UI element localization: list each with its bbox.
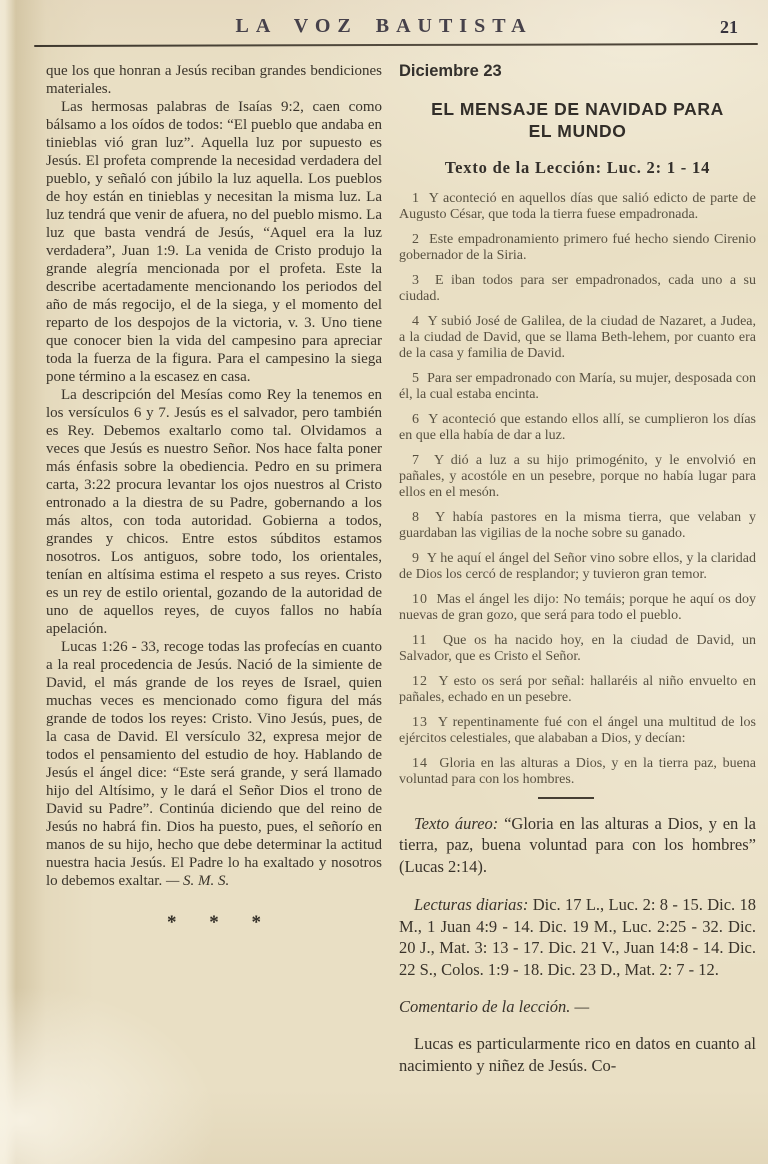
verse: 2 Este empadronamiento primero fué hecho… <box>399 232 756 264</box>
verse-number: 10 <box>412 592 428 607</box>
paragraph: que los que honran a Jesús reciban grand… <box>46 62 382 98</box>
verse: 11 Que os ha nacido hoy, en la ciudad de… <box>399 633 756 665</box>
comentario-text: Lucas es particularmente rico en datos e… <box>399 1033 756 1076</box>
verse: 4 Y subió José de Galilea, de la ciudad … <box>399 314 756 362</box>
verse-number: 6 <box>412 412 420 427</box>
section-divider <box>538 797 594 799</box>
asterisk-ornament: * * * <box>46 914 382 932</box>
verse-text: Y aconteció que estando ellos allí, se c… <box>399 412 756 443</box>
verse-text: Y dió a luz a su hijo primogénito, y le … <box>399 453 756 500</box>
page-header: LA VOZ BAUTISTA 21 <box>0 0 768 46</box>
paragraph-text: Lucas 1:26 - 33, recoge todas las profec… <box>46 639 382 889</box>
paragraph: La descripción del Mesías como Rey la te… <box>46 386 382 638</box>
verse: 3 E iban todos para ser empadronados, ca… <box>399 273 756 305</box>
texto-aureo: Texto áureo: “Gloria en las alturas a Di… <box>399 813 756 878</box>
verse-number: 9 <box>412 551 420 566</box>
verse-number: 13 <box>412 715 428 730</box>
page-number: 21 <box>720 17 738 38</box>
date-heading: Diciembre 23 <box>399 62 756 81</box>
lesson-title-line2: EL MUNDO <box>529 121 627 141</box>
lesson-title-line1: EL MENSAJE DE NAVIDAD PARA <box>431 99 724 119</box>
scripture-verses: 1 Y aconteció en aquellos días que salió… <box>399 191 756 788</box>
verse-number: 1 <box>412 191 420 206</box>
verse: 8 Y había pastores en la misma tierra, q… <box>399 510 756 542</box>
verse-number: 14 <box>412 756 428 771</box>
verse: 5 Para ser empadronado con María, su muj… <box>399 371 756 403</box>
scanned-page: LA VOZ BAUTISTA 21 que los que honran a … <box>0 0 768 1164</box>
verse-text: Y he aquí el ángel del Señor vino sobre … <box>399 551 756 582</box>
comentario-body: Lucas es particularmente rico en datos e… <box>399 1033 756 1076</box>
verse-number: 4 <box>412 314 420 329</box>
verse-number: 3 <box>412 273 420 288</box>
verse: 9 Y he aquí el ángel del Señor vino sobr… <box>399 551 756 583</box>
verse-number: 8 <box>412 510 420 525</box>
verse-text: Gloria en las alturas a Dios, y en la ti… <box>399 756 756 787</box>
verse: 12 Y esto os será por señal: hallaréis a… <box>399 674 756 706</box>
texto-aureo-label: Texto áureo: <box>414 814 498 833</box>
verse: 14 Gloria en las alturas a Dios, y en la… <box>399 756 756 788</box>
right-column: Diciembre 23 EL MENSAJE DE NAVIDAD PARAE… <box>399 62 756 1076</box>
paragraph: Lucas 1:26 - 33, recoge todas las profec… <box>46 638 382 890</box>
verse: 1 Y aconteció en aquellos días que salió… <box>399 191 756 223</box>
lesson-title: EL MENSAJE DE NAVIDAD PARAEL MUNDO <box>399 98 756 143</box>
verse-text: Y aconteció en aquellos días que salió e… <box>399 191 756 222</box>
verse: 10 Mas el ángel les dijo: No temáis; por… <box>399 592 756 624</box>
verse-text: Este empadronamiento primero fué hecho s… <box>399 232 756 263</box>
verse-number: 12 <box>412 674 428 689</box>
two-column-layout: que los que honran a Jesús reciban grand… <box>0 46 768 1076</box>
publication-title: LA VOZ BAUTISTA <box>0 15 768 38</box>
verse-text: Y subió José de Galilea, de la ciudad de… <box>399 314 756 361</box>
verse: 6 Y aconteció que estando ellos allí, se… <box>399 412 756 444</box>
verse-number: 2 <box>412 232 420 247</box>
verse-text: Que os ha nacido hoy, en la ciudad de Da… <box>399 633 756 664</box>
verse-text: Para ser empadronado con María, su mujer… <box>399 371 756 402</box>
lesson-text-heading: Texto de la Lección: Luc. 2: 1 - 14 <box>399 158 756 178</box>
verse-text: Y repentinamente fué con el ángel una mu… <box>399 715 756 746</box>
verse: 7 Y dió a luz a su hijo primogénito, y l… <box>399 453 756 501</box>
author-initials: — S. M. S. <box>166 873 229 889</box>
verse-text: Y había pastores en la misma tierra, que… <box>399 510 756 541</box>
verse-text: E iban todos para ser empadronados, cada… <box>399 273 756 304</box>
lecturas-diarias: Lecturas diarias: Dic. 17 L., Luc. 2: 8 … <box>399 894 756 980</box>
verse: 13 Y repentinamente fué con el ángel una… <box>399 715 756 747</box>
left-column: que los que honran a Jesús reciban grand… <box>46 62 382 1076</box>
comentario-heading: Comentario de la lección. — <box>399 997 756 1017</box>
verse-number: 11 <box>412 633 427 648</box>
verse-number: 7 <box>412 453 420 468</box>
verse-number: 5 <box>412 371 420 386</box>
paragraph: Las hermosas palabras de Isaías 9:2, cae… <box>46 98 382 386</box>
verse-text: Mas el ángel les dijo: No temáis; porque… <box>399 592 756 623</box>
verse-text: Y esto os será por señal: hallaréis al n… <box>399 674 756 705</box>
lecturas-label: Lecturas diarias: <box>414 895 528 914</box>
